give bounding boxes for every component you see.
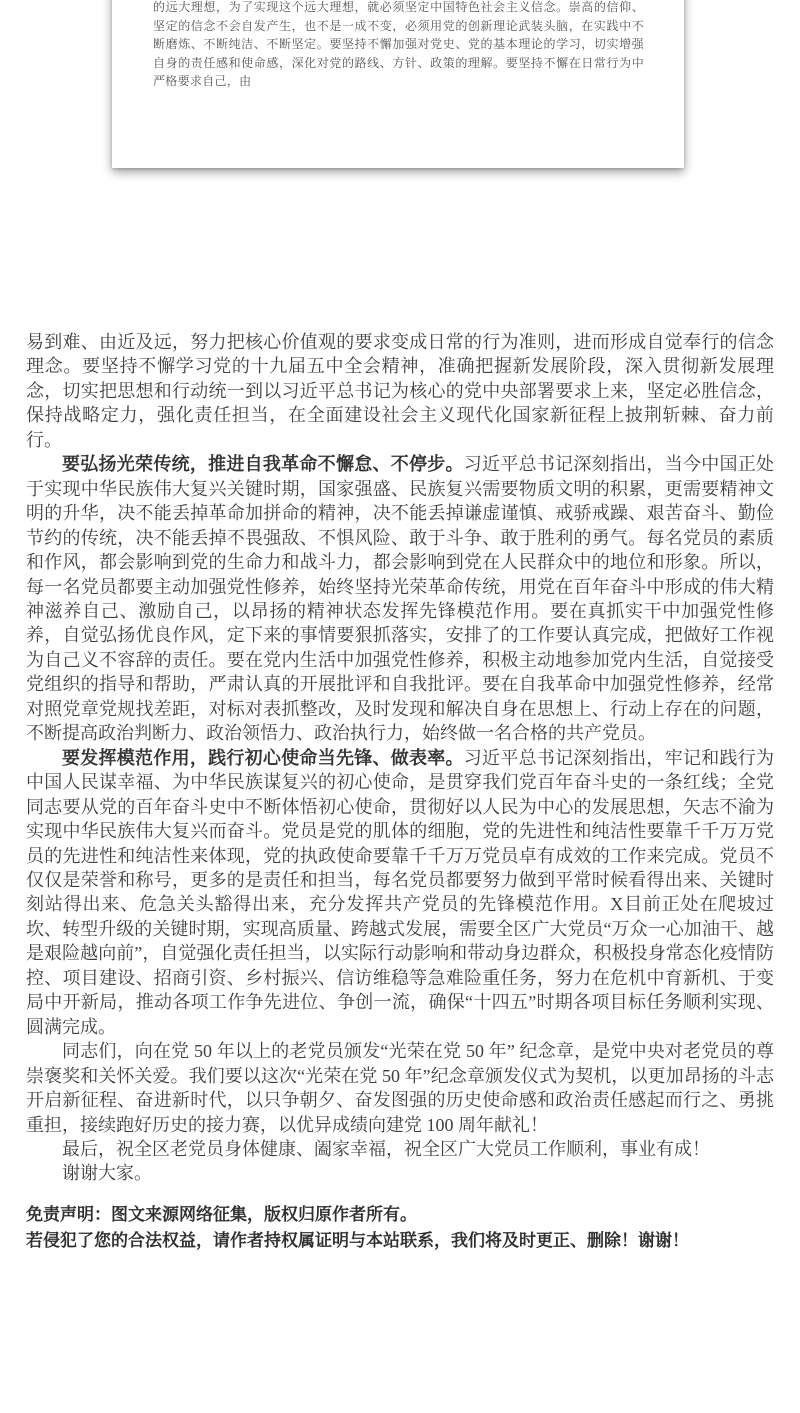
paragraph-continuation: 易到难、由近及远，努力把核心价值观的要求变成日常的行为准则，进而形成自觉奉行的信… xyxy=(26,330,774,452)
paragraph-closing-wishes: 最后，祝全区老党员身体健康、阖家幸福，祝全区广大党员工作顺利，事业有成！ xyxy=(26,1137,774,1161)
paragraph-thanks: 谢谢大家。 xyxy=(26,1161,774,1185)
paragraph-text: 习近平总书记深刻指出，牢记和践行为中国人民谋幸福、为中华民族谋复兴的初心使命，是… xyxy=(26,748,774,1037)
document-excerpt-text: 的远大理想，为了实现这个远大理想，就必须坚定中国特色社会主义信念。崇高的信仰、坚… xyxy=(153,0,644,91)
document-preview-card: 的远大理想，为了实现这个远大理想，就必须坚定中国特色社会主义信念。崇高的信仰、坚… xyxy=(112,0,684,168)
paragraph-lead-bold: 要发挥模范作用，践行初心使命当先锋、做表率。 xyxy=(62,748,464,768)
disclaimer-line-2: 若侵犯了您的合法权益，请作者持权属证明与本站联系，我们将及时更正、删除！谢谢！ xyxy=(26,1228,774,1254)
article-body: 易到难、由近及远，努力把核心价值观的要求变成日常的行为准则，进而形成自觉奉行的信… xyxy=(26,330,774,1186)
disclaimer-line-1: 免责声明：图文来源网络征集，版权归原作者所有。 xyxy=(26,1202,774,1228)
paragraph-carry-forward-tradition: 要弘扬光荣传统，推进自我革命不懈怠、不停步。习近平总书记深刻指出，当今中国正处于… xyxy=(26,452,774,745)
disclaimer: 免责声明：图文来源网络征集，版权归原作者所有。 若侵犯了您的合法权益，请作者持权… xyxy=(26,1202,774,1253)
paragraph-comrades-medal: 同志们，向在党 50 年以上的老党员颁发“光荣在党 50 年” 纪念章，是党中央… xyxy=(26,1039,774,1137)
paragraph-text: 习近平总书记深刻指出，当今中国正处于实现中华民族伟大复兴关键时期，国家强盛、民族… xyxy=(26,454,774,743)
paragraph-exemplary-role: 要发挥模范作用，践行初心使命当先锋、做表率。习近平总书记深刻指出，牢记和践行为中… xyxy=(26,746,774,1039)
paragraph-lead-bold: 要弘扬光荣传统，推进自我革命不懈怠、不停步。 xyxy=(62,454,464,474)
